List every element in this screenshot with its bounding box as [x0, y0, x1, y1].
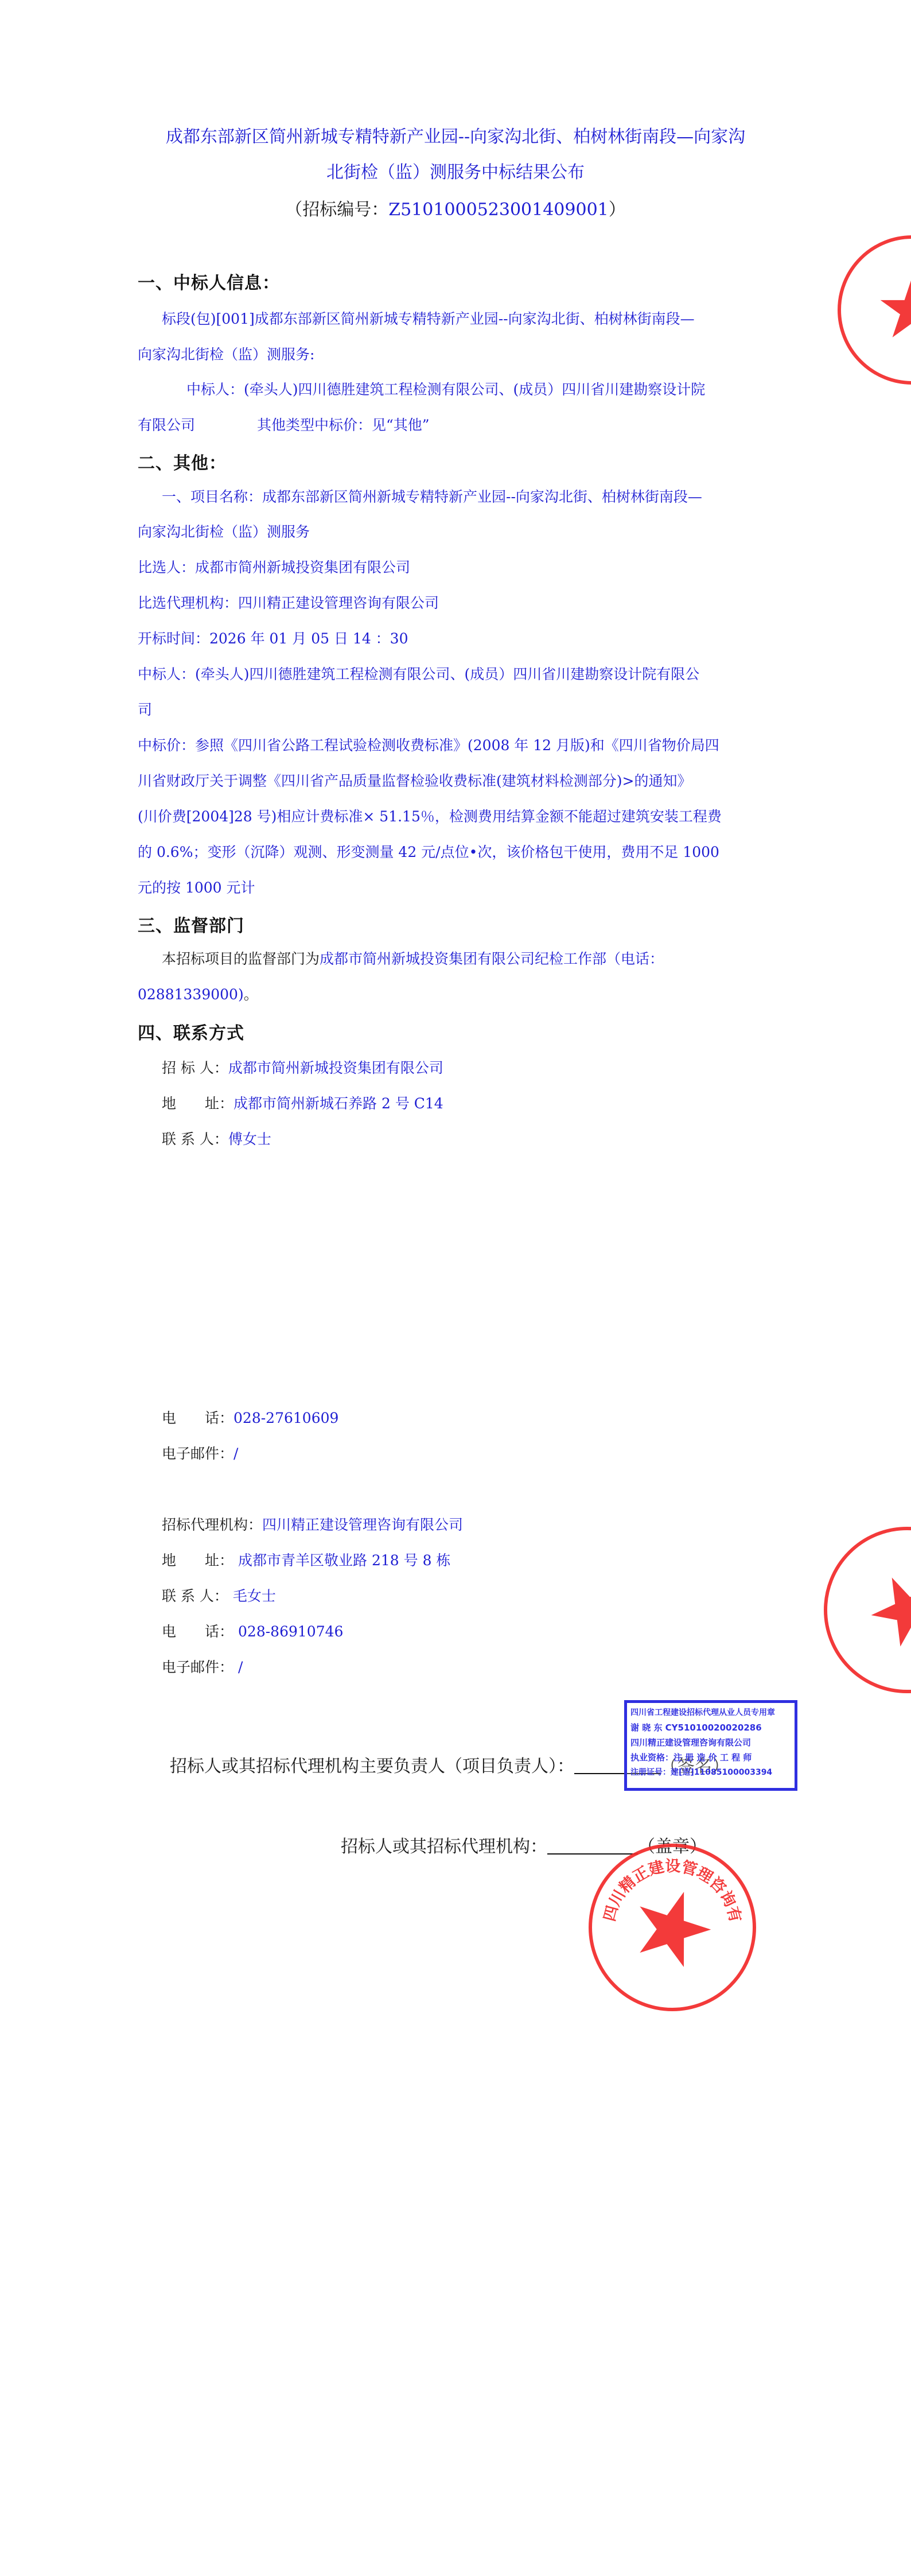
agency-contact-label: 联 系 人：	[162, 1578, 228, 1614]
agency-address-row: 地 址：成都市青羊区敬业路 218 号 8 栋	[162, 1543, 799, 1578]
svg-text:四川精正建设管理咨询有限公司: 四川精正建设管理咨询有限公司	[592, 1847, 744, 1924]
tenderer-email-value: /	[233, 1445, 238, 1462]
agency-contact-row: 联 系 人：毛女士	[162, 1578, 799, 1614]
tenderer-address-value: 成都市简州新城石养路 2 号 C14	[233, 1095, 443, 1112]
tenderer-phone-label: 电 话：	[162, 1400, 233, 1436]
supervision-prefix: 本招标项目的监督部门为	[162, 951, 320, 967]
tenderer-email-label: 电子邮件：	[162, 1436, 233, 1472]
tenderer-email-row: 电子邮件：/	[162, 1436, 799, 1472]
project-name-line-2: 向家沟北街检（监）测服务	[138, 514, 774, 550]
lot-line-1: 标段(包)[001]成都东部新区简州新城专精特新产业园--向家沟北街、柏树林街南…	[162, 301, 799, 337]
tenderer-name-label: 招 标 人：	[162, 1050, 228, 1086]
tenderer-name-row: 招 标 人：成都市简州新城投资集团有限公司	[162, 1050, 799, 1086]
agency-name-value: 四川精正建设管理咨询有限公司	[262, 1516, 463, 1533]
selection-agency: 比选代理机构：四川精正建设管理咨询有限公司	[138, 585, 774, 621]
tender-code-prefix: （招标编号：	[285, 200, 388, 220]
tenderer-address-row: 地 址：成都市简州新城石养路 2 号 C14	[162, 1086, 799, 1122]
project-name-line-1: 一、项目名称：成都东部新区简州新城专精特新产业园--向家沟北街、柏树林街南段—	[162, 479, 799, 515]
agency-email-label: 电子邮件：	[162, 1650, 233, 1685]
company-seal-stamp: 四川精正建设管理咨询有限公司	[589, 1844, 756, 2011]
tenderer-contact-value: 傅女士	[228, 1131, 271, 1147]
winner-line-1: 中标人：(牵头人)四川德胜建筑工程检测有限公司、(成员）四川省川建勘察设计院	[186, 372, 823, 408]
company-seal-stamp-mid-partial	[824, 1527, 911, 1693]
winner-full-line-1: 中标人：(牵头人)四川德胜建筑工程检测有限公司、(成员）四川省川建勘察设计院有限…	[138, 657, 774, 692]
price-line-1: 中标价：参照《四川省公路工程试验检测收费标准》(2008 年 12 月版)和《四…	[138, 728, 774, 763]
supervision-line-2: 02881339000)。	[138, 977, 774, 1012]
section-1-heading: 一、中标人信息：	[138, 269, 280, 294]
selector: 比选人：成都市简州新城投资集团有限公司	[138, 550, 774, 585]
supervision-dept: 成都市简州新城投资集团有限公司纪检工作部（电话：	[320, 951, 664, 967]
tender-code-line: （招标编号：Z5101000523001409001）	[115, 192, 796, 228]
price-line-3: (川价费[2004]28 号)相应计费标准× 51.15％，检测费用结算金额不能…	[138, 799, 774, 835]
tenderer-name-value: 成都市简州新城投资集团有限公司	[228, 1060, 443, 1076]
agency-contact-value: 毛女士	[233, 1588, 276, 1604]
document-title-line-1: 成都东部新区简州新城专精特新产业园--向家沟北街、柏树林街南段—向家沟	[115, 119, 796, 155]
agency-email-row: 电子邮件：/	[162, 1650, 799, 1685]
section-3-heading: 三、监督部门	[138, 911, 244, 937]
org-label: 招标人或其招标代理机构：	[341, 1837, 547, 1857]
winner-line-2: 有限公司其他类型中标价：见“其他”	[138, 408, 774, 443]
agency-phone-label: 电 话：	[162, 1614, 233, 1650]
price-line-5: 元的按 1000 元计	[138, 870, 774, 906]
star-icon: 四川精正建设管理咨询有限公司	[592, 1847, 753, 2008]
document-title-line-2: 北街检（监）测服务中标结果公布	[115, 155, 796, 191]
price-line-2: 川省财政厅关于调整《四川省产品质量监督检验收费标准(建筑材料检测部分)>的通知》	[138, 763, 774, 799]
winner-full-line-2: 司	[138, 692, 774, 728]
agency-name-row: 招标代理机构：四川精正建设管理咨询有限公司	[162, 1507, 799, 1543]
responsible-label: 招标人或其招标代理机构主要负责人（项目负责人）：	[170, 1756, 574, 1776]
tenderer-contact-label: 联 系 人：	[162, 1122, 228, 1157]
supervision-phone: 02881339000)	[138, 986, 244, 1003]
section-2-heading: 二、其他：	[138, 449, 227, 474]
agency-email-value: /	[238, 1659, 243, 1675]
agency-phone-row: 电 话：028-86910746	[162, 1614, 799, 1650]
other-price-type: 其他类型中标价：见“其他”	[257, 417, 430, 433]
price-line-4: 的 0.6%；变形（沉降）观测、形变测量 42 元/点位•次，该价格包干使用，费…	[138, 835, 774, 870]
tenderer-contact-row: 联 系 人：傅女士	[162, 1122, 799, 1157]
agency-name-label: 招标代理机构：	[162, 1507, 262, 1543]
bid-open-time: 开标时间：2026 年 01 月 05 日 14 ：30	[138, 621, 774, 657]
section-4-heading: 四、联系方式	[138, 1019, 244, 1044]
company-seal-stamp-top-partial	[838, 235, 911, 385]
agent-personal-stamp: 四川省工程建设招标代理从业人员专用章 谢 晓 东 CY5101002002028…	[624, 1700, 797, 1791]
document-page: 成都东部新区简州新城专精特新产业园--向家沟北街、柏树林街南段—向家沟 北街检（…	[0, 0, 911, 2576]
agency-address-value: 成都市青羊区敬业路 218 号 8 栋	[238, 1552, 450, 1569]
tenderer-phone-row: 电 话：028-27610609	[162, 1400, 799, 1436]
agency-phone-value: 028-86910746	[238, 1623, 343, 1640]
tender-code-value: Z5101000523001409001	[388, 200, 609, 220]
supervision-line-1: 本招标项目的监督部门为成都市简州新城投资集团有限公司纪检工作部（电话：	[162, 941, 799, 977]
winner-company-tail: 有限公司	[138, 417, 195, 433]
tenderer-phone-value: 028-27610609	[233, 1410, 338, 1426]
agency-address-label: 地 址：	[162, 1543, 233, 1578]
tenderer-address-label: 地 址：	[162, 1086, 233, 1122]
tender-code-suffix: ）	[609, 200, 626, 220]
lot-line-2: 向家沟北街检（监）测服务:	[138, 337, 774, 373]
